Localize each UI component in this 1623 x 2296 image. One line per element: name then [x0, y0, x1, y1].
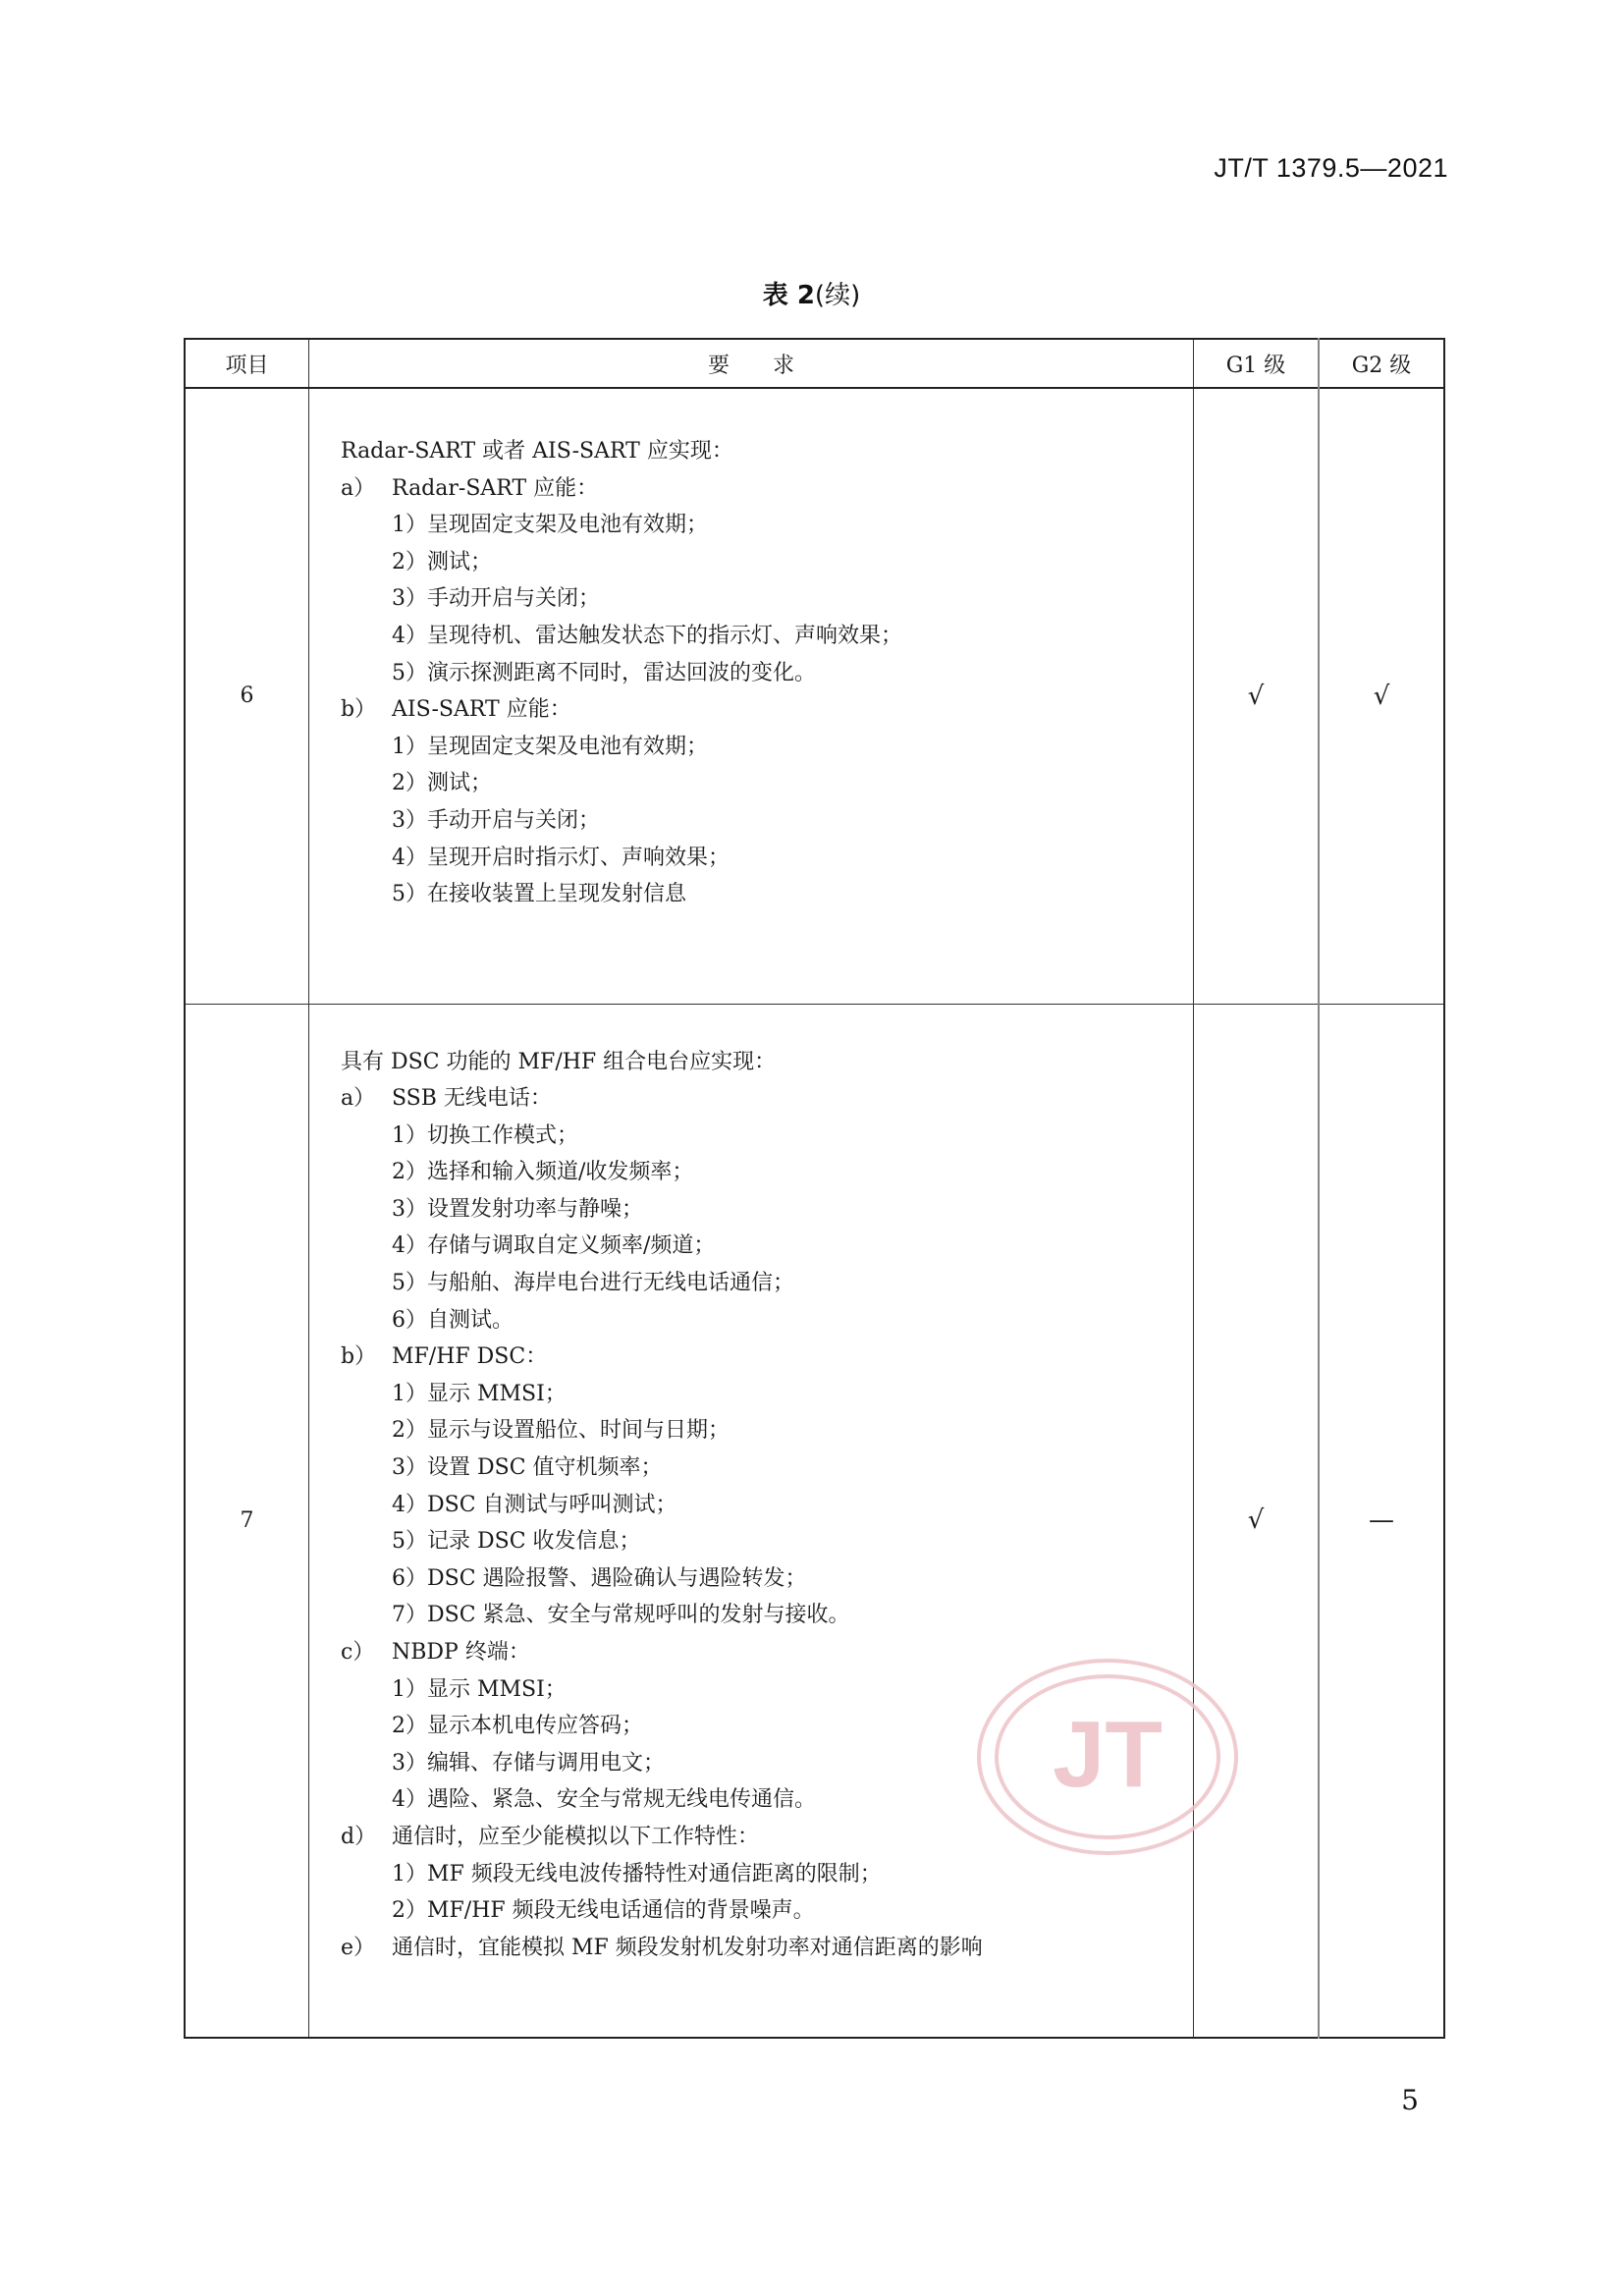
list-item: 2）显示与设置船位、时间与日期； [341, 1412, 1193, 1449]
list-item: 2）测试； [341, 544, 1193, 581]
group-title: 通信时，应至少能模拟以下工作特性： [392, 1825, 759, 1849]
list-item: 1）显示 MMSI； [341, 1671, 1193, 1709]
group-heading: a）Radar-SART 应能： [341, 470, 1193, 508]
group-heading: e）通信时，宜能模拟 MF 频段发射机发射功率对通信距离的影响 [341, 1930, 1193, 1967]
list-item: 4）存储与调取自定义频率/频道； [341, 1228, 1193, 1265]
list-item: 6）自测试。 [341, 1302, 1193, 1339]
requirement-intro: 具有 DSC 功能的 MF/HF 组合电台应实现： [341, 1044, 1193, 1081]
column-header-requirement: 要 求 [309, 339, 1194, 388]
g2-check-mark: √ [1319, 388, 1444, 1004]
list-item: 2）MF/HF 频段无线电话通信的背景噪声。 [341, 1892, 1193, 1930]
item-number: 7 [185, 1004, 309, 2038]
list-item: 5）演示探测距离不同时，雷达回波的变化。 [341, 655, 1193, 692]
g2-dash-mark: — [1319, 1004, 1444, 2038]
list-item: 4）遇险、紧急、安全与常规无线电传通信。 [341, 1781, 1193, 1819]
list-item: 1）切换工作模式； [341, 1118, 1193, 1155]
group-heading: c）NBDP 终端： [341, 1634, 1193, 1671]
requirement-intro: Radar-SART 或者 AIS-SART 应实现： [341, 433, 1193, 470]
group-tag: a） [341, 470, 392, 508]
list-item: 3）编辑、存储与调用电文； [341, 1745, 1193, 1782]
list-item: 4）呈现待机、雷达触发状态下的指示灯、声响效果； [341, 618, 1193, 655]
list-item: 3）手动开启与关闭； [341, 802, 1193, 840]
list-item: 6）DSC 遇险报警、遇险确认与遇险转发； [341, 1560, 1193, 1598]
group-heading: a）SSB 无线电话： [341, 1080, 1193, 1118]
group-tag: b） [341, 1339, 392, 1376]
list-item: 3）手动开启与关闭； [341, 580, 1193, 618]
list-item: 2）选择和输入频道/收发频率； [341, 1154, 1193, 1191]
column-header-g2: G2 级 [1319, 339, 1444, 388]
list-item: 7）DSC 紧急、安全与常规呼叫的发射与接收。 [341, 1597, 1193, 1634]
list-item: 4）呈现开启时指示灯、声响效果； [341, 840, 1193, 877]
table-header-row: 项目 要 求 G1 级 G2 级 [185, 339, 1444, 388]
list-item: 2）显示本机电传应答码； [341, 1708, 1193, 1745]
table-title: 表 2(续) [0, 275, 1623, 311]
requirement-cell: 具有 DSC 功能的 MF/HF 组合电台应实现： a）SSB 无线电话： 1）… [309, 1004, 1194, 2038]
table-title-continued: (续) [815, 281, 860, 310]
list-item: 1）MF 频段无线电波传播特性对通信距离的限制； [341, 1856, 1193, 1893]
item-number: 6 [185, 388, 309, 1004]
group-heading: d）通信时，应至少能模拟以下工作特性： [341, 1819, 1193, 1856]
list-item: 3）设置发射功率与静噪； [341, 1191, 1193, 1229]
list-item: 1）呈现固定支架及电池有效期； [341, 729, 1193, 766]
group-title: Radar-SART 应能： [392, 476, 598, 501]
group-title: NBDP 终端： [392, 1640, 530, 1665]
list-item: 5）记录 DSC 收发信息； [341, 1523, 1193, 1560]
group-heading: b）MF/HF DSC： [341, 1339, 1193, 1376]
group-tag: b） [341, 691, 392, 729]
standard-code: JT/T 1379.5—2021 [1214, 153, 1448, 184]
table-title-number: 表 2 [763, 281, 815, 310]
group-tag: c） [341, 1634, 392, 1671]
list-item: 1）显示 MMSI； [341, 1376, 1193, 1413]
group-title: SSB 无线电话： [392, 1086, 552, 1111]
column-header-g1: G1 级 [1194, 339, 1320, 388]
group-tag: a） [341, 1080, 392, 1118]
list-item: 5）与船舶、海岸电台进行无线电话通信； [341, 1265, 1193, 1302]
list-item: 2）测试； [341, 765, 1193, 802]
page-number: 5 [1401, 2084, 1419, 2116]
requirements-table: 项目 要 求 G1 级 G2 级 6 Radar-SART 或者 AIS-SAR… [184, 338, 1445, 2039]
g1-check-mark: √ [1194, 1004, 1320, 2038]
list-item: 5）在接收装置上呈现发射信息 [341, 876, 1193, 913]
list-item: 3）设置 DSC 值守机频率； [341, 1449, 1193, 1487]
group-title: MF/HF DSC： [392, 1344, 547, 1369]
group-title: AIS-SART 应能： [392, 697, 571, 722]
list-item: 4）DSC 自测试与呼叫测试； [341, 1487, 1193, 1524]
group-tag: d） [341, 1819, 392, 1856]
group-heading: b）AIS-SART 应能： [341, 691, 1193, 729]
group-title: 通信时，宜能模拟 MF 频段发射机发射功率对通信距离的影响 [392, 1936, 983, 1960]
table-row: 6 Radar-SART 或者 AIS-SART 应实现： a）Radar-SA… [185, 388, 1444, 1004]
column-header-item: 项目 [185, 339, 309, 388]
table-row: 7 具有 DSC 功能的 MF/HF 组合电台应实现： a）SSB 无线电话： … [185, 1004, 1444, 2038]
list-item: 1）呈现固定支架及电池有效期； [341, 507, 1193, 544]
g1-check-mark: √ [1194, 388, 1320, 1004]
group-tag: e） [341, 1930, 392, 1967]
requirement-cell: Radar-SART 或者 AIS-SART 应实现： a）Radar-SART… [309, 388, 1194, 1004]
